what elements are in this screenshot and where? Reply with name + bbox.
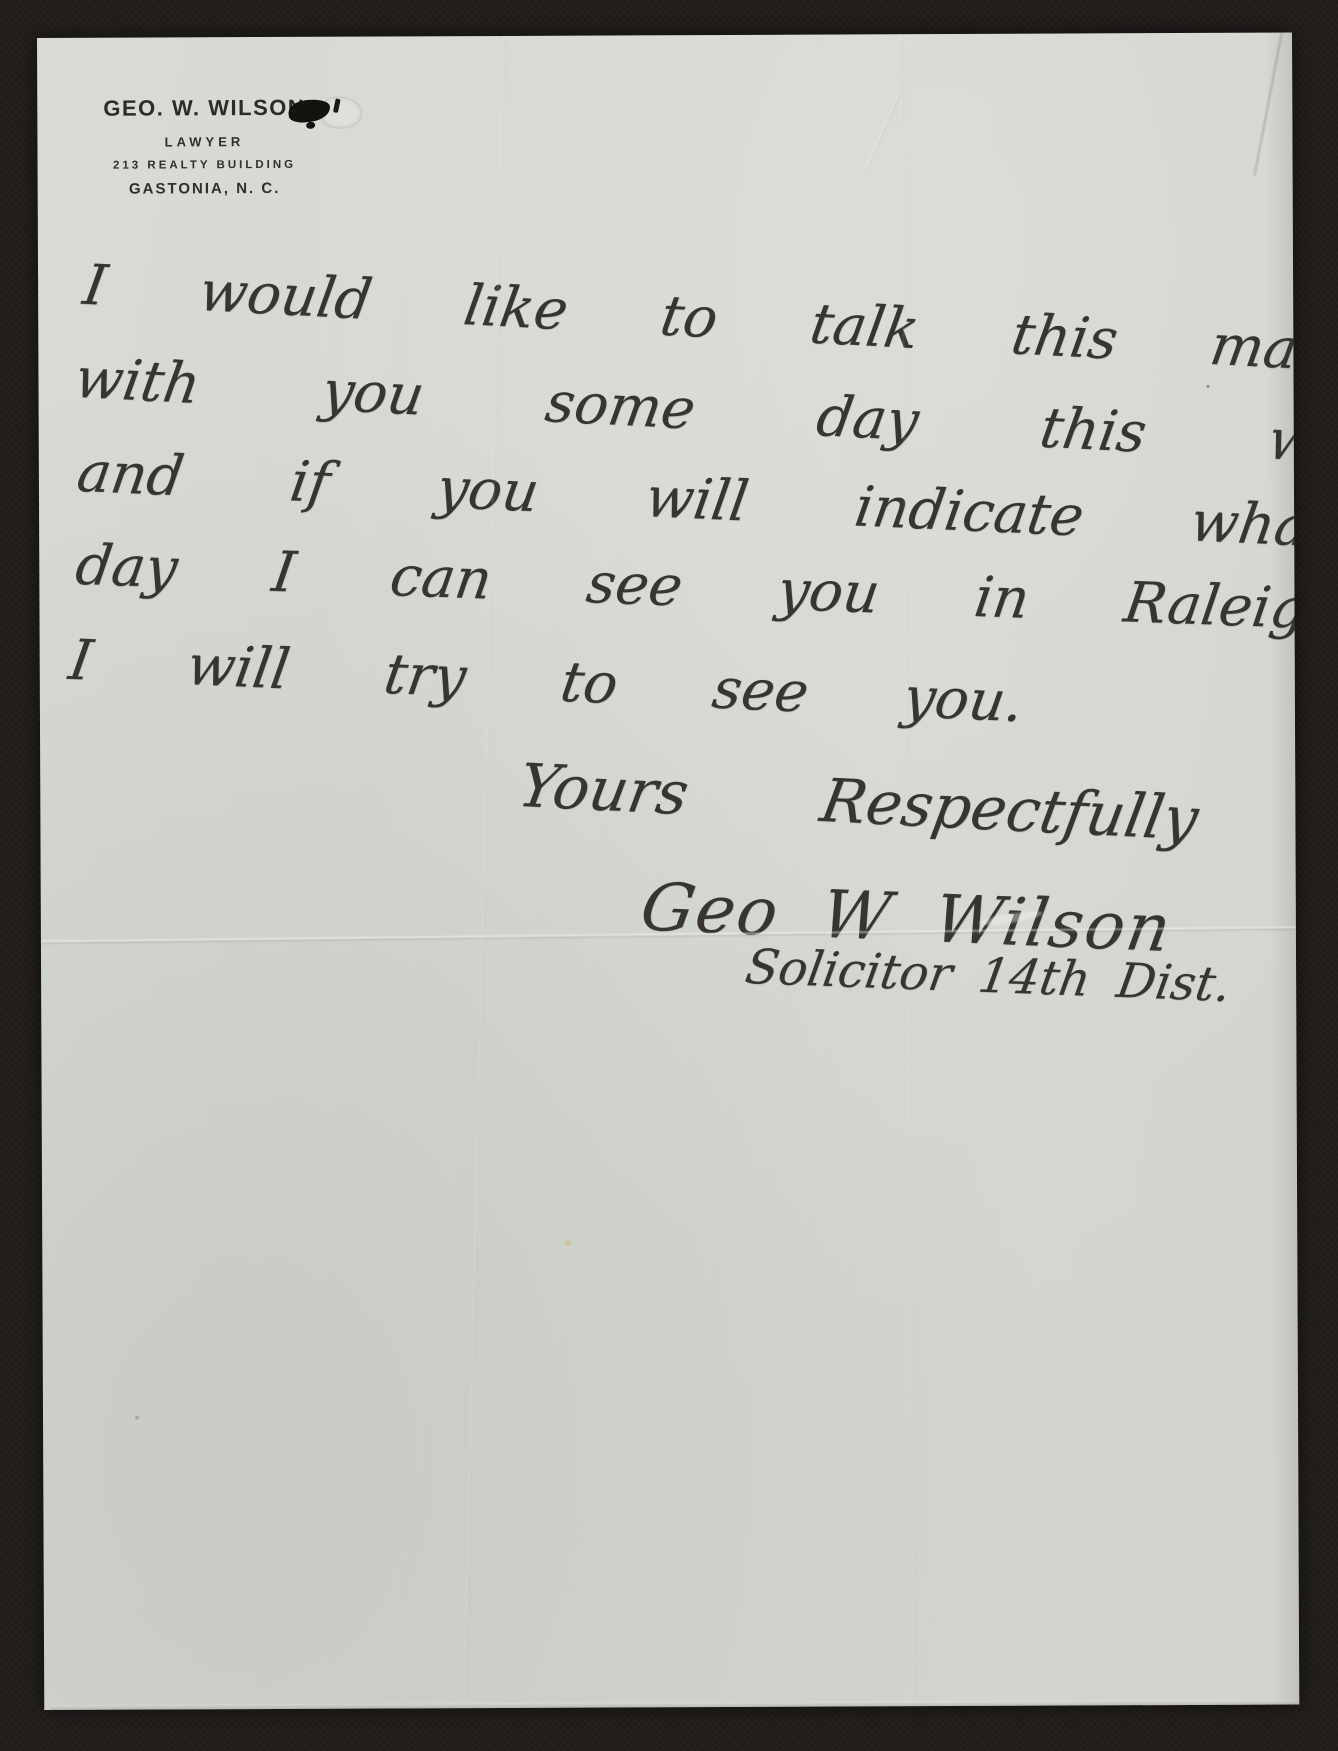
top-right-corner-fold [1253,33,1284,177]
letterhead-title: LAWYER [97,134,311,150]
letterhead-city: GASTONIA, N. C. [98,180,312,198]
paper-speck [135,1416,139,1420]
handwritten-line-5: I will try to see you. [65,628,1028,735]
closing-line: Yours Respectfully [513,751,1203,854]
top-wrinkle [865,89,902,169]
letterhead: GEO. W. WILSON LAWYER 213 REALTY BUILDIN… [97,95,311,198]
letterhead-name: GEO. W. WILSON [97,95,311,122]
scan-background: { "letter": { "letterhead": { "name": "G… [0,0,1338,1751]
vertical-fold-crease-right [900,34,916,1710]
paper-speck [1207,385,1210,388]
letterhead-address: 213 REALTY BUILDING [98,159,312,172]
paper-speck [565,1241,571,1246]
letter-page: GEO. W. WILSON LAWYER 213 REALTY BUILDIN… [37,33,1299,1710]
